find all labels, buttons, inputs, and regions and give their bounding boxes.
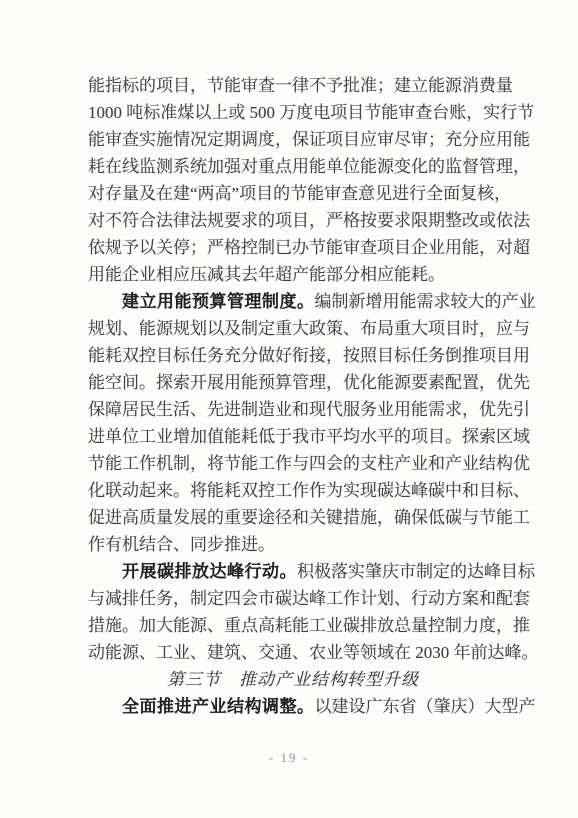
text-line: 依规予以关停；严格控制已办节能审查项目企业用能，对超: [88, 234, 498, 261]
page-body: 能指标的项目，节能审查一律不予批准；建立能源消费量1000 吨标准煤以上或 50…: [88, 72, 498, 720]
text-run: 促进高质量发展的重要途径和关键措施，确保低碳与节能工: [88, 508, 530, 527]
text-line: 与减排任务，制定四会市碳达峰工作计划、行动方案和配套: [88, 585, 498, 612]
text-run: 以建设广东省（肇庆）大型产: [315, 697, 536, 716]
text-run: 1000 吨标准煤以上或 500 万度电项目节能审查台账，实行节: [88, 103, 534, 122]
text-line: 1000 吨标准煤以上或 500 万度电项目节能审查台账，实行节: [88, 99, 498, 126]
text-line: 能指标的项目，节能审查一律不予批准；建立能源消费量: [88, 72, 498, 99]
text-run: 对不符合法律法规要求的项目，严格按要求限期整改或依法: [88, 211, 530, 230]
text-line: 能耗双控目标任务充分做好衔接，按照目标任务倒推项目用: [88, 342, 498, 369]
page-number: - 19 -: [0, 750, 578, 766]
text-run: 第三节 推动产业结构转型升级: [167, 670, 419, 689]
text-run: 编制新增用能需求较大的产业: [315, 292, 536, 311]
paragraph-lead-bold: 建立用能预算管理制度。: [122, 292, 315, 311]
text-run: 化联动起来。将能耗双控工作作为实现碳达峰碳中和目标、: [88, 481, 530, 500]
text-line: 全面推进产业结构调整。以建设广东省（肇庆）大型产: [88, 693, 498, 720]
text-line: 开展碳排放达峰行动。积极落实肇庆市制定的达峰目标: [88, 558, 498, 585]
text-run: 进单位工业增加值能耗低于我市平均水平的项目。探索区域: [88, 427, 530, 446]
text-line: 促进高质量发展的重要途径和关键措施，确保低碳与节能工: [88, 504, 498, 531]
text-run: 与减排任务，制定四会市碳达峰工作计划、行动方案和配套: [88, 589, 530, 608]
text-run: 能审查实施情况定期调度，保证项目应审尽审；充分应用能: [88, 130, 530, 149]
text-run: 对存量及在建“两高”项目的节能审查意见进行全面复核，: [88, 184, 511, 203]
text-run: 节能工作机制，将节能工作与四会的支柱产业和产业结构优: [88, 454, 530, 473]
text-run: 规划、能源规划以及制定重大政策、布局重大项目时，应与: [88, 319, 530, 338]
text-run: 能指标的项目，节能审查一律不予批准；建立能源消费量: [88, 76, 513, 95]
text-line: 规划、能源规划以及制定重大政策、布局重大项目时，应与: [88, 315, 498, 342]
text-run: 能耗双控目标任务充分做好衔接，按照目标任务倒推项目用: [88, 346, 530, 365]
text-run: 动能源、工业、建筑、交通、农业等领域在 2030 年前达峰。: [88, 643, 539, 662]
text-line: 能空间。探索开展用能预算管理，优化能源要素配置，优先: [88, 369, 498, 396]
text-line: 进单位工业增加值能耗低于我市平均水平的项目。探索区域: [88, 423, 498, 450]
document-page: 能指标的项目，节能审查一律不予批准；建立能源消费量1000 吨标准煤以上或 50…: [0, 0, 578, 818]
text-line: 对存量及在建“两高”项目的节能审查意见进行全面复核，: [88, 180, 498, 207]
paragraph-lead-bold: 开展碳排放达峰行动。: [122, 562, 297, 581]
text-line: 保障居民生活、先进制造业和现代服务业用能需求，优先引: [88, 396, 498, 423]
text-line: 用能企业相应压减其去年超产能部分相应能耗。: [88, 261, 498, 288]
text-line: 对不符合法律法规要求的项目，严格按要求限期整改或依法: [88, 207, 498, 234]
text-line: 能审查实施情况定期调度，保证项目应审尽审；充分应用能: [88, 126, 498, 153]
text-run: 措施。加大能源、重点高耗能工业碳排放总量控制力度，推: [88, 616, 530, 635]
text-run: 用能企业相应压减其去年超产能部分相应能耗。: [88, 265, 445, 284]
text-run: 作有机结合、同步推进。: [88, 535, 275, 554]
text-line: 作有机结合、同步推进。: [88, 531, 498, 558]
text-line: 动能源、工业、建筑、交通、农业等领域在 2030 年前达峰。: [88, 639, 498, 666]
text-line: 耗在线监测系统加强对重点用能单位能源变化的监督管理，: [88, 153, 498, 180]
text-run: 耗在线监测系统加强对重点用能单位能源变化的监督管理，: [88, 157, 530, 176]
section-heading: 第三节 推动产业结构转型升级: [88, 666, 498, 693]
text-line: 节能工作机制，将节能工作与四会的支柱产业和产业结构优: [88, 450, 498, 477]
text-run: 保障居民生活、先进制造业和现代服务业用能需求，优先引: [88, 400, 530, 419]
text-run: 依规予以关停；严格控制已办节能审查项目企业用能，对超: [88, 238, 530, 257]
text-line: 建立用能预算管理制度。编制新增用能需求较大的产业: [88, 288, 498, 315]
text-run: 积极落实肇庆市制定的达峰目标: [297, 562, 535, 581]
paragraph-lead-bold: 全面推进产业结构调整。: [122, 697, 315, 716]
text-line: 措施。加大能源、重点高耗能工业碳排放总量控制力度，推: [88, 612, 498, 639]
text-run: 能空间。探索开展用能预算管理，优化能源要素配置，优先: [88, 373, 530, 392]
text-line: 化联动起来。将能耗双控工作作为实现碳达峰碳中和目标、: [88, 477, 498, 504]
